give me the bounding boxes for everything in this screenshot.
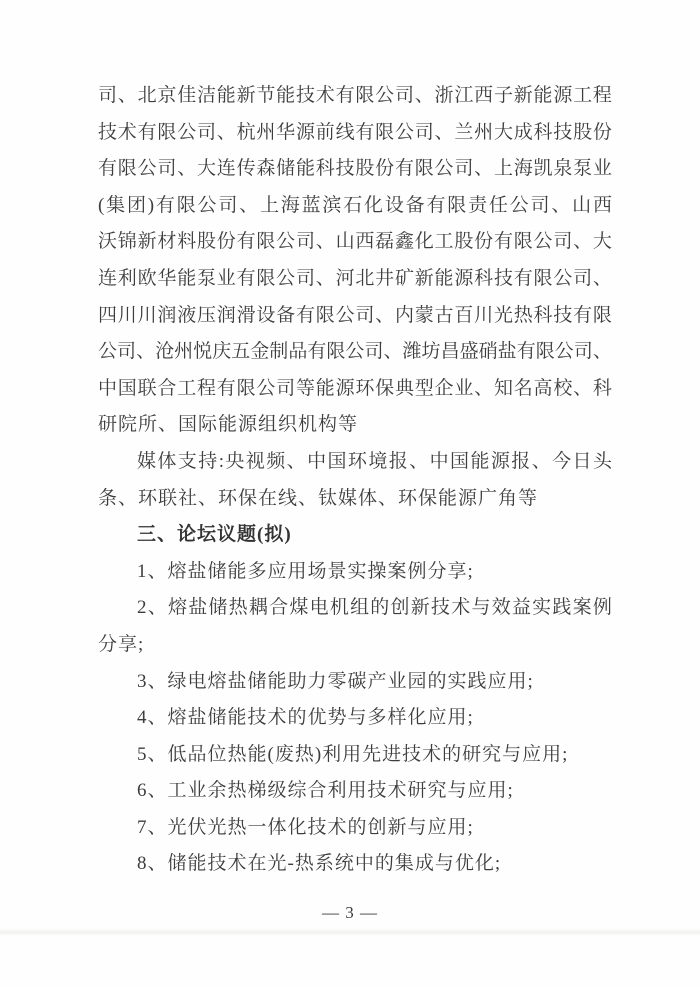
text-char: 悦 (193, 334, 212, 371)
text-char: 业 (593, 151, 612, 188)
text-char: 司 (276, 371, 295, 408)
text-line: 司、北京佳洁能新节能技术有限公司、浙江西子新能源工程 (98, 78, 612, 115)
text-char: 技 (431, 590, 450, 627)
text-line: 沃锦新材料股份有限公司、山西磊鑫化工股份有限公司、大 (98, 224, 612, 261)
text-char: 川 (118, 298, 137, 335)
text-char: 的 (370, 590, 389, 627)
text-char: 、 (573, 224, 592, 261)
text-line: 2、熔盐储热耦合煤电机组的创新技术与效益实践案例 (98, 590, 612, 627)
text-char: 股 (573, 115, 592, 152)
text-char: 有 (98, 151, 117, 188)
text-char: 报 (389, 444, 408, 481)
text-char: 、 (573, 371, 592, 408)
text-char: 有 (395, 151, 414, 188)
text-char: 支 (178, 444, 197, 481)
text-char: 日 (573, 444, 592, 481)
text-char: 限 (157, 115, 176, 152)
text-char: 限 (593, 298, 612, 335)
text-char: 金 (250, 334, 269, 371)
text-char: 古 (435, 298, 454, 335)
text-char: 频 (266, 444, 285, 481)
text-char: 、 (239, 188, 258, 225)
text-char: 潍 (403, 334, 422, 371)
text-line: 有限公司、大连传森储能科技股份有限公司、上海凯泉泵业 (98, 151, 612, 188)
text-char: 公 (534, 224, 553, 261)
text-char: 海 (281, 188, 300, 225)
text-char: 煤 (289, 590, 308, 627)
text-char: 团 (127, 188, 146, 225)
text-char: 保 (375, 371, 394, 408)
text-char: 、 (375, 298, 394, 335)
text-char: 传 (237, 151, 256, 188)
text-char: 浙 (435, 78, 454, 115)
text-char: 限 (447, 188, 466, 225)
text-char: 昌 (441, 334, 460, 371)
text-char: 司 (395, 78, 414, 115)
text-line: 4、熔盐储能技术的优势与多样化应用; (98, 700, 612, 737)
text-char: 石 (343, 188, 362, 225)
text-char: 坊 (422, 334, 441, 371)
text-char: 有 (514, 261, 533, 298)
text-char: 司 (531, 188, 550, 225)
text-char: 有 (517, 334, 536, 371)
text-char: 公 (276, 261, 295, 298)
text-char: 国 (327, 444, 346, 481)
text-char: 司 (98, 78, 117, 115)
text-char: 山 (336, 224, 355, 261)
text-char: 司 (574, 334, 593, 371)
text-char: 四 (98, 298, 117, 335)
text-char: 设 (385, 188, 404, 225)
text-char: 份 (217, 224, 236, 261)
text-char: 司 (296, 224, 315, 261)
text-char: 公 (375, 78, 394, 115)
text-char: 份 (593, 115, 612, 152)
text-char: 泵 (573, 151, 592, 188)
text-char: 2 (137, 590, 147, 627)
text-char: 公 (553, 261, 572, 298)
text-char: 校 (553, 371, 572, 408)
text-char: 制 (269, 334, 288, 371)
text-char: 杭 (237, 115, 256, 152)
document-body: 司、北京佳洁能新节能技术有限公司、浙江西子新能源工程技术有限公司、杭州华源前线有… (98, 78, 612, 883)
text-char: 线 (336, 115, 355, 152)
text-char: 企 (435, 371, 454, 408)
text-char: 术 (118, 115, 137, 152)
text-char: 润 (157, 298, 176, 335)
text-char: 限 (536, 334, 555, 371)
text-char: 有 (237, 224, 256, 261)
text-char: 股 (197, 224, 216, 261)
text-char: 技 (296, 78, 315, 115)
text-line: 公司、沧州悦庆五金制品有限公司、潍坊昌盛硝盐有限公司、 (98, 334, 612, 371)
text-char: 有 (355, 115, 374, 152)
text-char: 工 (435, 224, 454, 261)
text-char: 矿 (395, 261, 414, 298)
text-char: 能 (177, 261, 196, 298)
text-char: 庆 (212, 334, 231, 371)
text-char: 州 (174, 334, 193, 371)
text-char: 、 (435, 115, 454, 152)
document-page: 司、北京佳洁能新节能技术有限公司、浙江西子新能源工程技术有限公司、杭州华源前线有… (0, 0, 700, 989)
text-char: 、 (474, 371, 493, 408)
text-char: 科 (316, 151, 335, 188)
text-char: 科 (534, 115, 553, 152)
text-char: 股 (355, 151, 374, 188)
text-char: 、 (136, 334, 155, 371)
text-char: 、 (316, 261, 335, 298)
text-char: 科 (474, 261, 493, 298)
text-char: 、 (177, 151, 196, 188)
text-char: 有 (336, 78, 355, 115)
text-char: 品 (288, 334, 307, 371)
text-char: 限 (355, 78, 374, 115)
text-char: 能 (217, 78, 236, 115)
text-char: 储 (208, 590, 227, 627)
page-number: — 3 — (0, 901, 700, 925)
text-char: 新 (411, 590, 430, 627)
text-char: 子 (494, 78, 513, 115)
text-char: 环 (348, 444, 367, 481)
text-char: 、 (118, 78, 137, 115)
text-char: 任 (489, 188, 508, 225)
text-char: 有 (237, 261, 256, 298)
text-char: 公 (98, 334, 117, 371)
text-char: 公 (276, 224, 295, 261)
text-char: 效 (492, 590, 511, 627)
text-char: 合 (157, 371, 176, 408)
text-line: 7、光伏光热一体化技术的创新与应用; (98, 810, 612, 847)
text-char: 司 (553, 224, 572, 261)
text-char: 中 (98, 371, 117, 408)
text-char: 限 (177, 188, 196, 225)
text-char: 盐 (188, 590, 207, 627)
text-char: 连 (98, 261, 117, 298)
text-line: 连利欧华能泵业有限公司、河北井矿新能源科技有限公司、 (98, 261, 612, 298)
text-char: 上 (494, 151, 513, 188)
text-char: 公 (198, 188, 217, 225)
text-char: 蒙 (415, 298, 434, 335)
text-char: 限 (118, 151, 137, 188)
text-char: 司 (197, 115, 216, 152)
text-char: 大 (494, 115, 513, 152)
text-char: 源 (454, 261, 473, 298)
text-char: 节 (256, 78, 275, 115)
text-char: 限 (375, 115, 394, 152)
text-char: 业 (217, 261, 236, 298)
text-char: 创 (391, 590, 410, 627)
text-char: 央 (225, 444, 244, 481)
text-char: 、 (474, 151, 493, 188)
text-char: ) (148, 188, 154, 225)
text-char: 境 (368, 444, 387, 481)
text-char: 案 (573, 590, 592, 627)
text-char: 份 (474, 224, 493, 261)
text-char: : (219, 444, 224, 481)
text-char: 洁 (197, 78, 216, 115)
text-char: 源 (296, 115, 315, 152)
text-char: 名 (514, 371, 533, 408)
text-char: 新 (237, 78, 256, 115)
text-char: 司 (157, 151, 176, 188)
text-char: 、 (593, 334, 612, 371)
text-char: 盐 (498, 334, 517, 371)
text-char: 报 (511, 444, 530, 481)
text-char: 限 (415, 151, 434, 188)
text-char: 与 (471, 590, 490, 627)
text-char: 源 (553, 78, 572, 115)
text-char: 压 (197, 298, 216, 335)
text-char: 新 (138, 224, 157, 261)
text-char: 公 (510, 188, 529, 225)
text-char: 川 (474, 298, 493, 335)
text-char: 森 (256, 151, 275, 188)
text-char: 欧 (138, 261, 157, 298)
text-char: 有 (573, 298, 592, 335)
text-char: 、 (551, 188, 570, 225)
text-char: 北 (138, 78, 157, 115)
text-char: 能 (470, 444, 489, 481)
text-char: 新 (514, 78, 533, 115)
text-char: 能 (316, 371, 335, 408)
text-char: 磊 (375, 224, 394, 261)
text-char: 源 (491, 444, 510, 481)
text-char: 责 (468, 188, 487, 225)
text-char: 硝 (479, 334, 498, 371)
text-char: 视 (246, 444, 265, 481)
text-char: 限 (514, 224, 533, 261)
text-char: 利 (118, 261, 137, 298)
text-char: 滑 (237, 298, 256, 335)
text-char: 股 (454, 224, 473, 261)
text-char: 能 (296, 151, 315, 188)
text-char: 例 (593, 590, 612, 627)
text-char: 益 (512, 590, 531, 627)
text-char: 有 (307, 334, 326, 371)
text-line: 媒体支持:央视频、中国环境报、中国能源报、今日头 (98, 444, 612, 481)
text-char: 西 (593, 188, 612, 225)
text-char: 、 (415, 78, 434, 115)
text-char: 司 (364, 334, 383, 371)
text-char: 公 (345, 334, 364, 371)
text-char: ( (98, 188, 104, 225)
text-char: 内 (395, 298, 414, 335)
text-char: 国 (118, 371, 137, 408)
text-char: 沧 (155, 334, 174, 371)
text-char: 州 (474, 115, 493, 152)
text-char: 限 (256, 224, 275, 261)
text-char: 储 (276, 151, 295, 188)
text-char: 成 (514, 115, 533, 152)
text-char: 高 (534, 371, 553, 408)
text-char: 能 (534, 78, 553, 115)
text-char: 科 (593, 371, 612, 408)
text-char: 河 (336, 261, 355, 298)
text-char: 环 (355, 371, 374, 408)
text-char: 型 (415, 371, 434, 408)
text-char: 技 (336, 151, 355, 188)
text-char: 中 (430, 444, 449, 481)
text-char: 公 (138, 151, 157, 188)
text-char: 沃 (98, 224, 117, 261)
text-line: 条、环联社、环保在线、钛媒体、环保能源广角等 (98, 481, 612, 518)
text-char: 川 (138, 298, 157, 335)
text-char: 前 (316, 115, 335, 152)
text-line: (集团)有限公司、上海蓝滨石化设备有限责任公司、山西 (98, 188, 612, 225)
text-char: 能 (435, 261, 454, 298)
text-char: 业 (454, 371, 473, 408)
text-char: 佳 (177, 78, 196, 115)
text-char: 限 (237, 371, 256, 408)
text-char: 、 (217, 115, 236, 152)
text-char: 大 (593, 224, 612, 261)
text-char: 限 (534, 261, 553, 298)
text-char: 西 (474, 78, 493, 115)
text-char: 份 (375, 151, 394, 188)
text-char: 电 (310, 590, 329, 627)
text-char: 集 (106, 188, 125, 225)
text-char: 实 (532, 590, 551, 627)
text-char: 熔 (168, 590, 187, 627)
text-char: 中 (307, 444, 326, 481)
text-char: 司 (218, 188, 237, 225)
text-char: 国 (450, 444, 469, 481)
text-char: 、 (532, 444, 551, 481)
text-char: 合 (269, 590, 288, 627)
text-char: 有 (494, 224, 513, 261)
text-char: 热 (514, 298, 533, 335)
text-char: 科 (534, 298, 553, 335)
text-char: 程 (593, 78, 612, 115)
text-char: 司 (415, 115, 434, 152)
text-char: 京 (157, 78, 176, 115)
text-line: 6、工业余热梯级综合利用技术研究与应用; (98, 773, 612, 810)
text-char: 、 (316, 224, 335, 261)
text-char: 、 (148, 590, 167, 627)
text-char: 耦 (249, 590, 268, 627)
text-char: 有 (426, 188, 445, 225)
text-char: 、 (287, 444, 306, 481)
text-char: 泵 (197, 261, 216, 298)
text-char: 凯 (534, 151, 553, 188)
text-char: 公 (256, 371, 275, 408)
text-char: 连 (217, 151, 236, 188)
text-char: 有 (138, 115, 157, 152)
text-line: 中国联合工程有限公司等能源环保典型企业、知名高校、科 (98, 371, 612, 408)
text-char: 州 (256, 115, 275, 152)
text-char: 司 (117, 334, 136, 371)
text-line: 1、熔盐储能多应用场景实操案例分享; (98, 554, 612, 591)
text-char: 化 (415, 224, 434, 261)
text-line: 8、储能技术在光-热系统中的集成与优化; (98, 846, 612, 883)
text-char: 体 (157, 444, 176, 481)
text-char: 司 (296, 261, 315, 298)
text-char: 限 (326, 334, 345, 371)
text-char: 、 (593, 261, 612, 298)
text-line: 四川川润液压润滑设备有限公司、内蒙古百川光热科技有限 (98, 298, 612, 335)
text-char: 热 (229, 590, 248, 627)
scan-edge-artifact (0, 928, 700, 936)
text-char: 机 (330, 590, 349, 627)
text-char: 西 (355, 224, 374, 261)
text-line: 技术有限公司、杭州华源前线有限公司、兰州大成科技股份 (98, 115, 612, 152)
text-char: 技 (553, 115, 572, 152)
text-line: 3、绿电熔盐储能助力零碳产业园的实践应用; (98, 664, 612, 701)
text-line: 研院所、国际能源组织机构等 (98, 407, 612, 444)
text-char: 公 (177, 115, 196, 152)
text-char: 华 (157, 261, 176, 298)
text-line: 三、论坛议题(拟) (98, 517, 612, 554)
text-char: 江 (454, 78, 473, 115)
text-char: 材 (157, 224, 176, 261)
text-char: 盛 (460, 334, 479, 371)
text-char: 头 (593, 444, 612, 481)
text-line: 5、低品位热能(废热)利用先进技术的研究与应用; (98, 737, 612, 774)
text-char: 兰 (454, 115, 473, 152)
text-char: 工 (177, 371, 196, 408)
text-char: 技 (98, 115, 117, 152)
text-char: 限 (316, 298, 335, 335)
text-char: 术 (451, 590, 470, 627)
text-char: 有 (296, 298, 315, 335)
text-char: 光 (494, 298, 513, 335)
text-char: 工 (573, 78, 592, 115)
text-char: 滨 (322, 188, 341, 225)
text-char: 有 (217, 371, 236, 408)
text-char: 液 (177, 298, 196, 335)
text-char: 化 (364, 188, 383, 225)
text-char: 备 (276, 298, 295, 335)
text-char: 北 (355, 261, 374, 298)
text-char: 大 (197, 151, 216, 188)
text-char: 、 (409, 444, 428, 481)
text-char: 有 (156, 188, 175, 225)
text-char: 公 (555, 334, 574, 371)
text-char: 润 (217, 298, 236, 335)
text-char: 井 (375, 261, 394, 298)
text-char: 备 (406, 188, 425, 225)
text-char: 泉 (553, 151, 572, 188)
text-char: 上 (260, 188, 279, 225)
text-char: 源 (336, 371, 355, 408)
text-line: 分享; (98, 627, 612, 664)
text-char: 料 (177, 224, 196, 261)
text-char: 新 (415, 261, 434, 298)
text-char: 典 (395, 371, 414, 408)
text-char: 公 (395, 115, 414, 152)
text-char: 鑫 (395, 224, 414, 261)
text-char: 媒 (137, 444, 156, 481)
text-char: 术 (316, 78, 335, 115)
text-char: 山 (572, 188, 591, 225)
text-char: 锦 (118, 224, 137, 261)
text-char: 司 (454, 151, 473, 188)
text-char: 五 (231, 334, 250, 371)
text-char: 联 (138, 371, 157, 408)
text-char: 限 (256, 261, 275, 298)
text-char: 公 (435, 151, 454, 188)
text-char: 知 (494, 371, 513, 408)
text-char: 技 (553, 298, 572, 335)
text-char: 程 (197, 371, 216, 408)
text-char: 司 (573, 261, 592, 298)
text-char: 公 (336, 298, 355, 335)
text-char: 百 (454, 298, 473, 335)
text-char: 持 (198, 444, 217, 481)
text-char: 蓝 (302, 188, 321, 225)
text-char: 能 (276, 78, 295, 115)
text-char: 组 (350, 590, 369, 627)
